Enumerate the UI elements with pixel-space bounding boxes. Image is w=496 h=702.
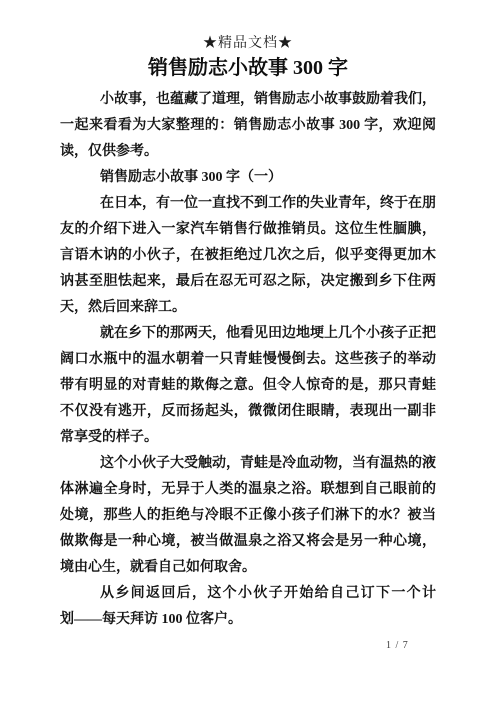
text-line: 读，仅供参考。 bbox=[60, 139, 436, 165]
text-line: 这个小伙子大受触动，青蛙是冷血动物，当有温热的液 bbox=[60, 451, 436, 477]
text-line: 阔口水瓶中的温水朝着一只青蛙慢慢倒去。这些孩子的举动 bbox=[60, 347, 436, 373]
section-heading: 销售励志小故事 300 字（一） bbox=[60, 165, 436, 191]
text-line: 做欺侮是一种心境，被当做温泉之浴又将会是另一种心境， bbox=[60, 529, 436, 555]
document-page: ★精品文档★ 销售励志小故事 300 字 小故事，也蕴藏了道理，销售励志小故事鼓… bbox=[0, 0, 496, 702]
text-line: 从乡间返回后，这个小伙子开始给自己订下一个计 bbox=[60, 581, 436, 607]
text-line: 划——每天拜访 100 位客户。 bbox=[60, 607, 436, 633]
text-line: 在日本，有一位一直找不到工作的失业青年，终于在朋 bbox=[60, 191, 436, 217]
text-line: 境由心生，就看自己如何取舍。 bbox=[60, 555, 436, 581]
text-line: 带有明显的对青蛙的欺侮之意。但令人惊奇的是，那只青蛙 bbox=[60, 373, 436, 399]
text-line: 一起来看看为大家整理的：销售励志小故事 300 字，欢迎阅 bbox=[60, 113, 436, 139]
text-line: 讷甚至胆怯起来，最后在忍无可忍之际，决定搬到乡下住两 bbox=[60, 269, 436, 295]
page-number: 1 / 7 bbox=[386, 640, 409, 651]
document-body: 小故事，也蕴藏了道理，销售励志小故事鼓励着我们，一起来看看为大家整理的：销售励志… bbox=[60, 87, 436, 633]
text-line: 常享受的样子。 bbox=[60, 425, 436, 451]
text-line: 天，然后回来辞工。 bbox=[60, 295, 436, 321]
text-line: 体淋遍全身时，无异于人类的温泉之浴。联想到自己眼前的 bbox=[60, 477, 436, 503]
text-line: 就在乡下的那两天，他看见田边地埂上几个小孩子正把 bbox=[60, 321, 436, 347]
text-line: 言语木讷的小伙子，在被拒绝过几次之后，似乎变得更加木 bbox=[60, 243, 436, 269]
document-title: 销售励志小故事 300 字 bbox=[0, 54, 496, 82]
watermark-header: ★精品文档★ bbox=[0, 32, 496, 52]
text-line: 小故事，也蕴藏了道理，销售励志小故事鼓励着我们， bbox=[60, 87, 436, 113]
text-line: 不仅没有逃开，反而扬起头，微微闭住眼睛，表现出一副非 bbox=[60, 399, 436, 425]
text-line: 友的介绍下进入一家汽车销售行做推销员。这位生性腼腆， bbox=[60, 217, 436, 243]
text-line: 处境，那些人的拒绝与冷眼不正像小孩子们淋下的水？被当 bbox=[60, 503, 436, 529]
